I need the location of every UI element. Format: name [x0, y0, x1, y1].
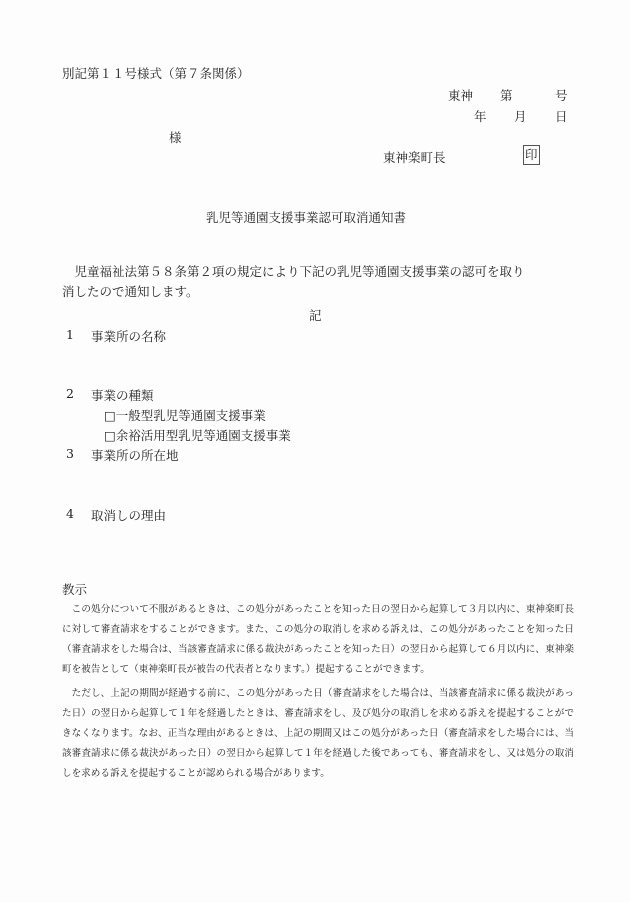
doc-number-go: 号 [555, 86, 568, 104]
item-number: 3 [66, 446, 74, 461]
date-month: 月 [514, 107, 527, 125]
seal-mark: 印 [523, 145, 540, 165]
document-title: 乳児等通園支援事業認可取消通知書 [206, 208, 406, 226]
business-type-option-surplus: □余裕活用型乳児等通園支援事業 [104, 426, 291, 444]
ki-heading: 記 [309, 306, 322, 324]
item-label-location: 事業所の所在地 [91, 446, 179, 464]
item-label-business-type: 事業の種類 [91, 386, 154, 404]
item-number: 1 [66, 327, 74, 342]
body-text: 児童福祉法第５８条第２項の規定により下記の乳児等通園支援事業の認可を取り 消した… [62, 262, 572, 302]
form-label: 別記第１１号様式（第７条関係） [62, 64, 250, 82]
item-label-reason: 取消しの理由 [91, 506, 166, 524]
notice-heading: 教示 [62, 580, 87, 598]
notice-paragraph-2: ただし、上記の期間が経過する前に、この処分があった日（審査請求をした場合は、当該… [62, 684, 574, 784]
notice-paragraph-1: この処分について不服があるときは、この処分があったことを知った日の翌日から起算し… [62, 600, 574, 680]
date-day: 日 [555, 107, 568, 125]
body-line-2: 消したので通知します。 [62, 282, 572, 302]
item-number: 4 [66, 506, 74, 521]
seal-box: 印 [523, 145, 540, 165]
business-type-option-general: □一般型乳児等通園支援事業 [104, 406, 266, 424]
item-number: 2 [66, 386, 74, 401]
date-year: 年 [474, 107, 487, 125]
issuer-name: 東神楽町長 [383, 148, 446, 166]
recipient-suffix: 様 [169, 128, 182, 146]
body-line-1: 児童福祉法第５８条第２項の規定により下記の乳児等通園支援事業の認可を取り [62, 262, 572, 282]
doc-number-dai: 第 [500, 86, 513, 104]
item-label-business-name: 事業所の名称 [91, 327, 166, 345]
doc-number-prefix: 東神 [448, 86, 473, 104]
